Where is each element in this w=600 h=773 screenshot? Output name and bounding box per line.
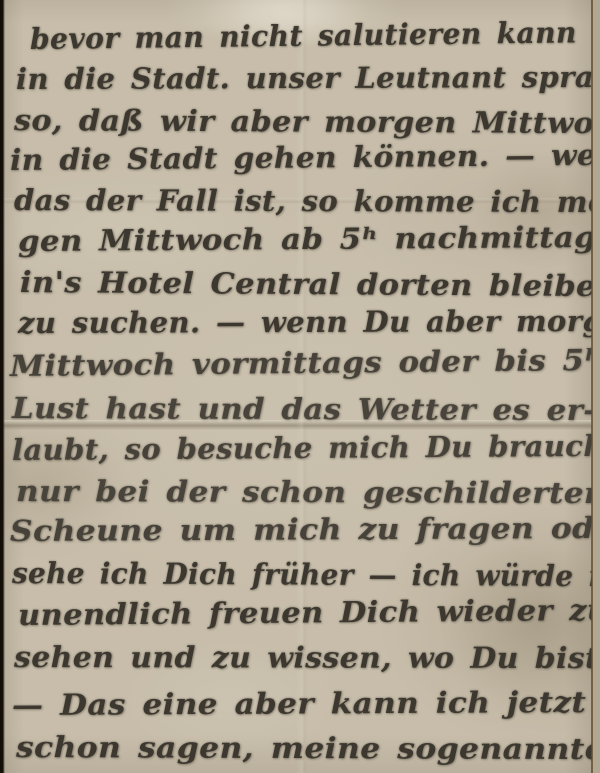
letter-body: bevor man nicht salutieren kann nicht in… xyxy=(0,0,600,773)
handwritten-line: sehe ich Dich früher — ich würde mich xyxy=(12,556,600,593)
page-edge-right-strip xyxy=(592,0,600,773)
handwritten-line: — Das eine aber kann ich jetzt xyxy=(12,685,586,722)
handwritten-line: schon sagen, meine sogenannten xyxy=(16,730,600,766)
handwritten-line: in die Stadt. unser Leutnant sprach xyxy=(16,60,600,96)
handwritten-line: Lust hast und das Wetter es er- xyxy=(12,391,597,427)
page-edge-right-line xyxy=(591,0,593,773)
handwritten-line: sehen und zu wissen, wo Du bist. xyxy=(14,640,600,675)
scanned-letter-page: bevor man nicht salutieren kann nicht in… xyxy=(0,0,600,773)
handwritten-line: bevor man nicht salutieren kann nicht xyxy=(30,14,600,56)
handwritten-line: laubt, so besuche mich Du brauchst xyxy=(12,429,600,467)
handwritten-line: in's Hotel Central dorten bleiben xyxy=(20,265,600,303)
handwritten-line: in die Stadt gehen können. — wenn xyxy=(10,138,600,177)
handwritten-line: nur bei der schon geschilderten xyxy=(16,474,600,510)
handwritten-line: zu suchen. — wenn Du aber morgen xyxy=(18,304,600,340)
handwritten-line: Scheune um mich zu fragen oder xyxy=(10,511,600,548)
handwritten-line: unendlich freuen Dich wieder zu xyxy=(18,593,600,632)
handwritten-line: Mittwoch vormittags oder bis 5ʰ xyxy=(10,343,600,383)
handwritten-line: gen Mittwoch ab 5ʰ nachmittags xyxy=(18,220,600,258)
scan-border-left xyxy=(0,0,5,773)
handwritten-line: so, daß wir aber morgen Mittwoch xyxy=(14,103,600,140)
handwritten-line: das der Fall ist, so komme ich mor- xyxy=(14,183,600,219)
